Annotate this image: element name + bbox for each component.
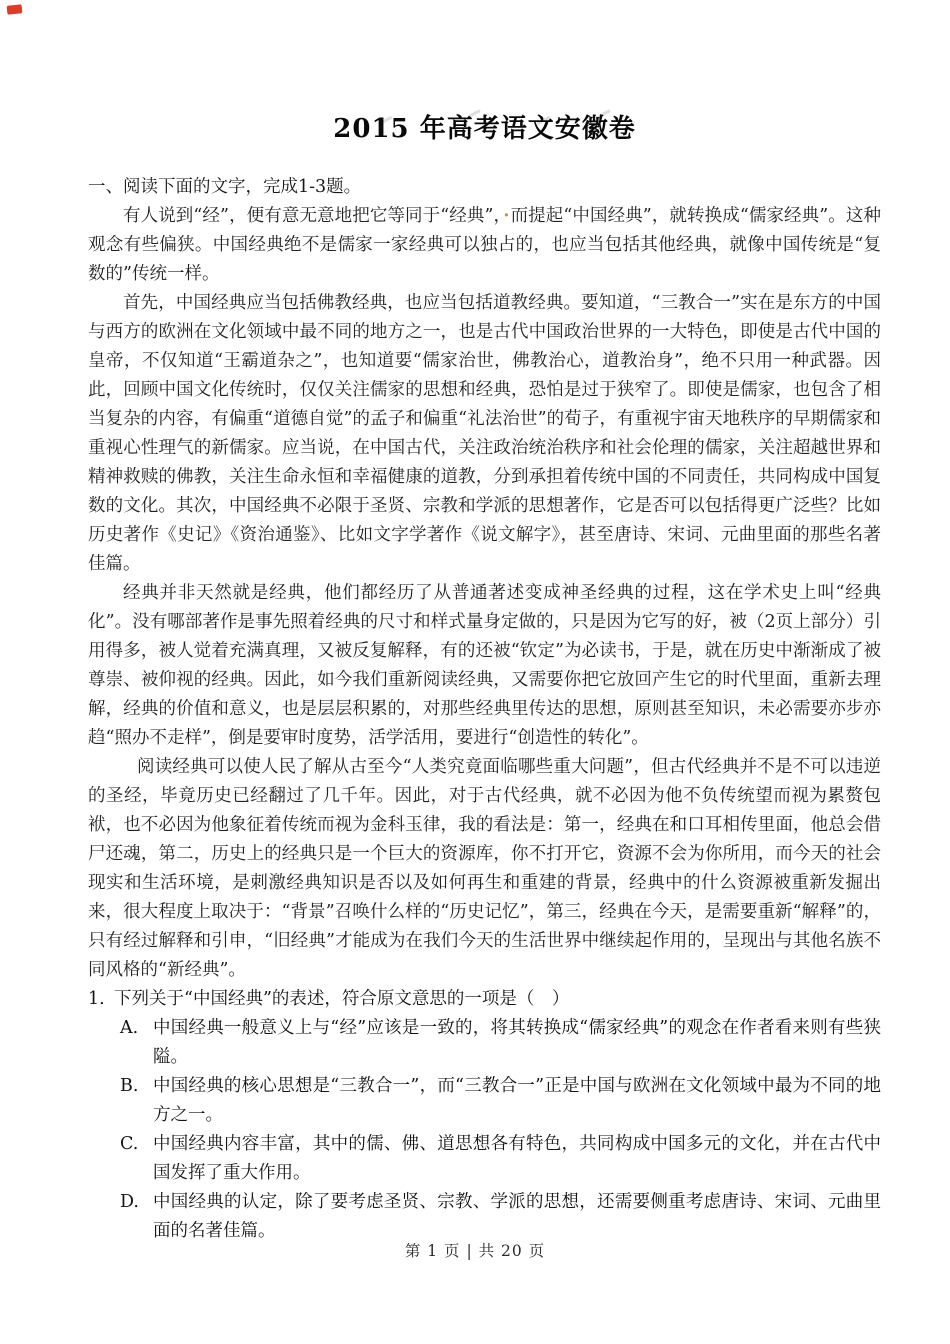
- exam-page: 2015 年高考语文安徽卷 一、阅读下面的文字，完成1-3题。 有人说到“经”，…: [0, 0, 950, 1344]
- option-c: C. 中国经典内容丰富，其中的儒、佛、道思想各有特色，共同构成中国多元的文化，并…: [88, 1130, 881, 1188]
- paragraph-1: 有人说到“经”，便有意无意地把它等同于“经典”，·而提起“中国经典”，就转换成“…: [88, 202, 881, 289]
- option-a: A. 中国经典一般意义上与“经”应该是一致的，将其转换成“儒家经典”的观念在作者…: [88, 1014, 881, 1072]
- option-c-text: 中国经典内容丰富，其中的儒、佛、道思想各有特色，共同构成中国多元的文化，并在古代…: [153, 1130, 881, 1188]
- section-heading: 一、阅读下面的文字，完成1-3题。: [88, 173, 881, 202]
- ocr-artifact-dot: ·: [503, 206, 509, 226]
- page-footer: 第 1 页 | 共 20 页: [0, 1240, 950, 1262]
- option-b: B. 中国经典的核心思想是“三教合一”，而“三教合一”正是中国与欧洲在文化领域中…: [88, 1072, 881, 1130]
- paragraph-2: 首先，中国经典应当包括佛教经典，也应当包括道教经典。要知道，“三教合一”实在是东…: [88, 289, 881, 579]
- option-d-text: 中国经典的认定，除了要考虑圣贤、宗教、学派的思想，还需要侧重考虑唐诗、宋词、元曲…: [153, 1188, 881, 1246]
- option-a-text: 中国经典一般意义上与“经”应该是一致的，将其转换成“儒家经典”的观念在作者看来则…: [153, 1014, 881, 1072]
- paragraph-4: 阅读经典可以使人民了解从古至今“人类究竟面临哪些重大问题”，但古代经典并不是不可…: [88, 753, 881, 985]
- paragraph-3: 经典并非天然就是经典，他们都经历了从普通著述变成神圣经典的过程，这在学术史上叫“…: [88, 579, 881, 753]
- document-body: 2015 年高考语文安徽卷 一、阅读下面的文字，完成1-3题。 有人说到“经”，…: [88, 0, 881, 1246]
- option-b-label: B.: [120, 1072, 153, 1130]
- page-title: 2015 年高考语文安徽卷: [88, 0, 881, 146]
- question-1-number: 1.: [88, 985, 114, 1014]
- red-corner-mark: [7, 4, 23, 15]
- option-b-text: 中国经典的核心思想是“三教合一”，而“三教合一”正是中国与欧洲在文化领域中最为不…: [153, 1072, 881, 1130]
- question-1-text: 下列关于“中国经典”的表述，符合原文意思的一项是（ ）: [114, 985, 569, 1014]
- option-c-label: C.: [120, 1130, 153, 1188]
- question-1: 1.下列关于“中国经典”的表述，符合原文意思的一项是（ ）: [88, 985, 881, 1014]
- paragraph-1-text-a: 有人说到“经”，便有意无意地把它等同于“经典”，: [123, 206, 502, 226]
- option-d: D. 中国经典的认定，除了要考虑圣贤、宗教、学派的思想，还需要侧重考虑唐诗、宋词…: [88, 1188, 881, 1246]
- option-a-label: A.: [120, 1014, 153, 1072]
- option-d-label: D.: [120, 1188, 153, 1246]
